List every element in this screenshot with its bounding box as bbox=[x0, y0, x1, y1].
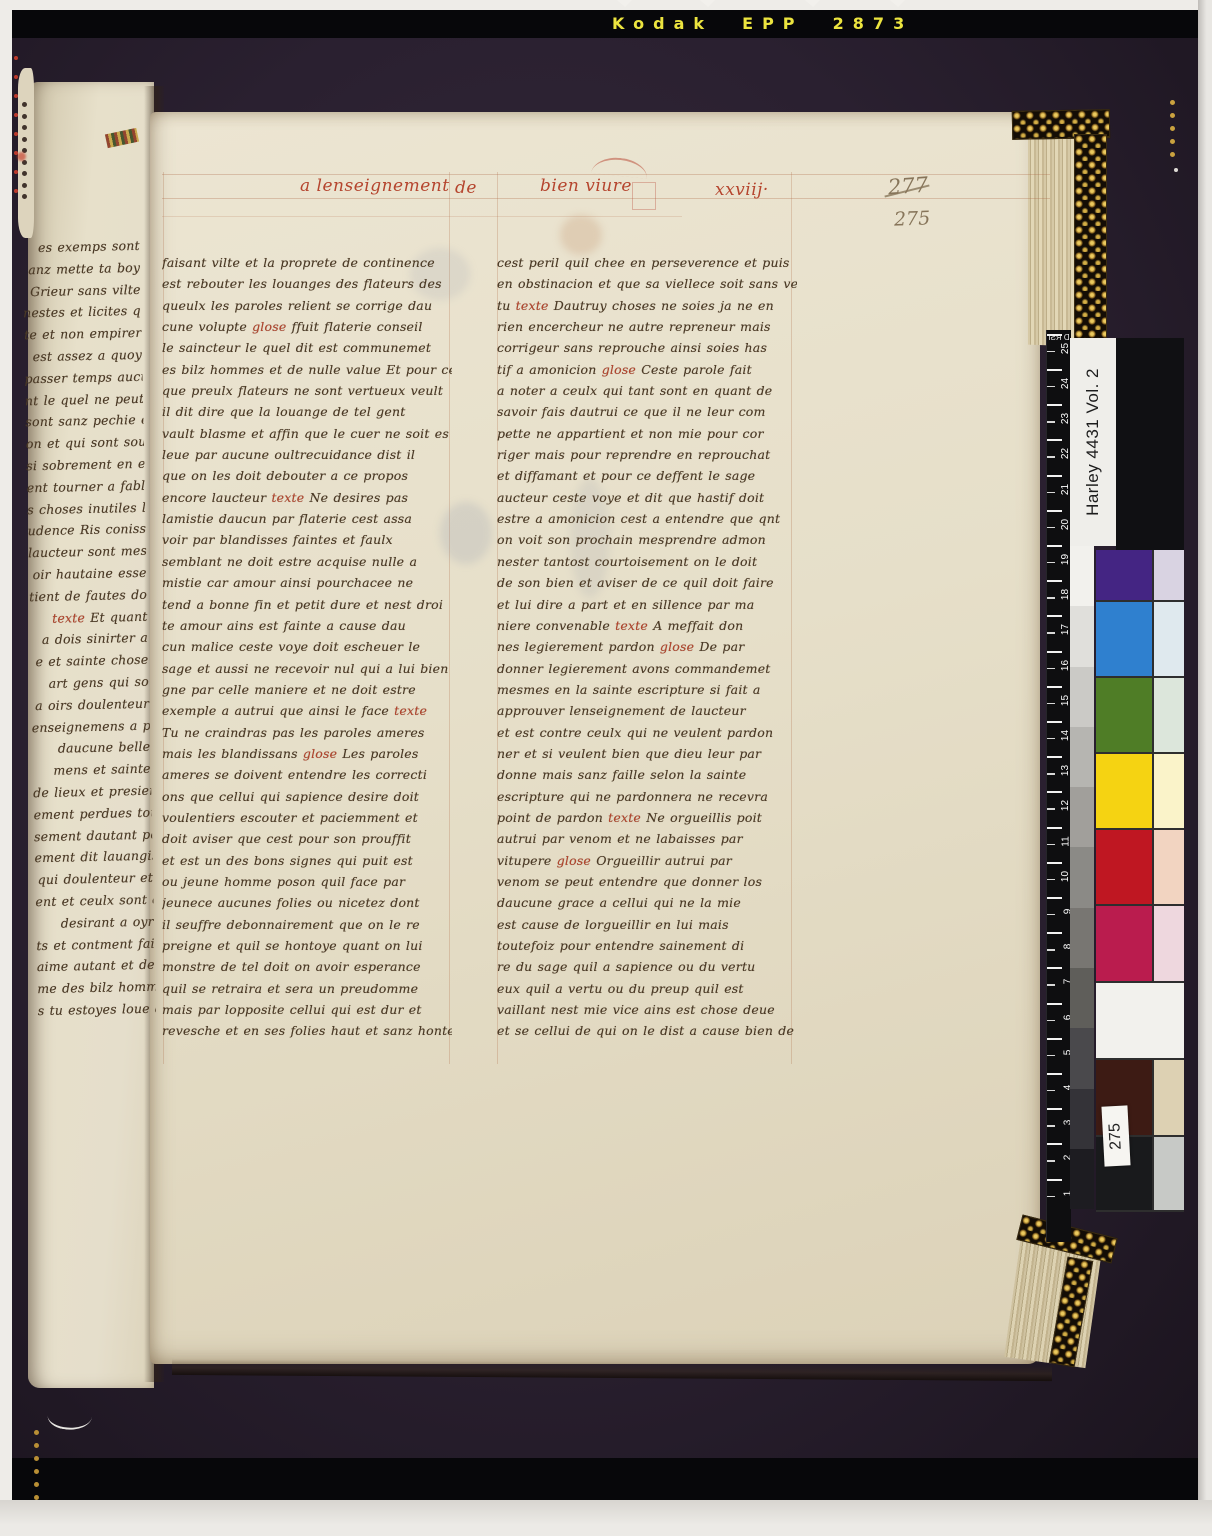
ruler-cm-mark: 15 bbox=[1047, 686, 1071, 721]
manuscript-line: sement dautant po bbox=[34, 823, 152, 847]
manuscript-line: exemple a autrui que ainsi le face texte bbox=[162, 700, 452, 721]
manuscript-line: ement dit lauangis bbox=[34, 845, 152, 869]
manuscript-line: venom se peut entendre que donner los bbox=[497, 871, 797, 892]
film-notch bbox=[612, 0, 636, 7]
rubric-keyword: glose bbox=[660, 639, 694, 654]
manuscript-line: tif a amonicion glose Ceste parole fait bbox=[497, 359, 797, 380]
rubric-keyword: texte bbox=[615, 618, 648, 633]
rubric-keyword: glose bbox=[602, 362, 636, 377]
rubric-keyword: texte bbox=[516, 298, 549, 313]
film-notch bbox=[800, 0, 824, 7]
grayscale-step bbox=[1070, 606, 1094, 666]
rubric-keyword: glose bbox=[252, 319, 286, 334]
folio-number: 275 bbox=[894, 207, 931, 230]
color-patch bbox=[1096, 754, 1152, 828]
speck bbox=[14, 56, 18, 60]
ruler-cm-mark: 14 bbox=[1047, 721, 1071, 756]
color-patch bbox=[1096, 830, 1152, 904]
manuscript-line: desirant a oyr bbox=[36, 910, 154, 934]
manuscript-line: oir hautaine esse bbox=[28, 562, 146, 586]
manuscript-line: e et sainte chose bbox=[30, 649, 148, 673]
manuscript-line: de lieux et presier bbox=[33, 780, 151, 804]
manuscript-line: tu texte Dautruy choses ne soies ja ne e… bbox=[497, 295, 797, 316]
manuscript-line: mistie car amour ainsi pourchacee ne bbox=[162, 572, 452, 593]
ruler-cm-mark: 16 bbox=[1047, 651, 1071, 686]
manuscript-line: ameres se doivent entendre les correcti bbox=[162, 764, 452, 785]
grayscale-step bbox=[1070, 847, 1094, 907]
manuscript-line: eux quil a vertu ou du preup quil est bbox=[497, 978, 797, 999]
manuscript-line: jeunece aucunes folies ou nicetez dont bbox=[162, 892, 452, 913]
manuscript-line: es bilz hommes et de nulle value Et pour… bbox=[162, 359, 452, 380]
manuscript-line: a dois sinirter a bbox=[30, 627, 148, 651]
ruler-cm-mark: 25 bbox=[1047, 334, 1071, 369]
ruler-cm-mark: 4 bbox=[1047, 1073, 1071, 1108]
manuscript-line: et est contre ceulx qui ne veulent pardo… bbox=[497, 722, 797, 743]
manuscript-line: il seuffre debonnairement que on le re bbox=[162, 914, 452, 935]
manuscript-line: ons que cellui qui sapience desire doit bbox=[162, 786, 452, 807]
manuscript-line: que on les doit debouter a ce propos bbox=[162, 465, 452, 486]
grayscale-step bbox=[1070, 667, 1094, 727]
color-patch bbox=[1096, 678, 1152, 752]
color-patch-row bbox=[1096, 906, 1184, 981]
shelfmark-label-text: Harley 4431 Vol. 2 bbox=[1083, 368, 1103, 516]
manuscript-line: mais par lopposite cellui qui est dur et bbox=[162, 999, 452, 1020]
color-patch-row bbox=[1096, 830, 1184, 904]
manuscript-line: s tu estoyes loue de bbox=[38, 998, 156, 1022]
ruler-cm-mark: 8 bbox=[1047, 932, 1071, 967]
manuscript-line: s choses inutiles le tm bbox=[27, 496, 145, 520]
speck bbox=[34, 1482, 39, 1487]
running-title-word: bien viure bbox=[540, 176, 632, 196]
speck bbox=[1170, 152, 1175, 157]
manuscript-line: de son bien et aviser de ce quil doit fa… bbox=[497, 572, 797, 593]
manuscript-line: queulx les paroles relient se corrige da… bbox=[162, 295, 452, 316]
manuscript-line: cune volupte glose ffuit flaterie consei… bbox=[162, 316, 452, 337]
color-patch-pale bbox=[1154, 678, 1184, 752]
manuscript-line: sage et aussi ne recevoir nul qui a lui … bbox=[162, 658, 452, 679]
manuscript-line: monstre de tel doit on avoir esperance bbox=[162, 956, 452, 977]
speck bbox=[34, 1469, 39, 1474]
gold-tooling-right bbox=[1074, 134, 1107, 342]
manuscript-line: on et qui sont soubeil bbox=[26, 431, 144, 455]
grayscale-step bbox=[1070, 1089, 1094, 1149]
grayscale-step bbox=[1070, 546, 1094, 606]
manuscript-line: le saincteur le quel dit est communemet bbox=[162, 337, 452, 358]
manuscript-line: et se cellui de qui on le dist a cause b… bbox=[497, 1020, 797, 1041]
manuscript-line: a noter a ceulx qui tant sont en quant d… bbox=[497, 380, 797, 401]
mount-border-bottom bbox=[0, 1500, 1212, 1536]
manuscript-line: estre a amonicion cest a entendre que qn… bbox=[497, 508, 797, 529]
film-edge-label: Kodak EPP 2873 bbox=[612, 14, 913, 33]
shelfmark-label: Harley 4431 Vol. 2 bbox=[1070, 338, 1116, 546]
manuscript-line: ner et si veulent bien que dieu leur par bbox=[497, 743, 797, 764]
manuscript-line: semblant ne doit estre acquise nulle a bbox=[162, 551, 452, 572]
manuscript-line: lamistie daucun par flaterie cest assa bbox=[162, 508, 452, 529]
manuscript-line: quil se retraira et sera un preudomme bbox=[162, 978, 452, 999]
manuscript-line: niere convenable texte A meffait don bbox=[497, 615, 797, 636]
manuscript-line: ement perdues tout bbox=[33, 801, 151, 825]
running-title-word: a lenseignement bbox=[300, 176, 450, 196]
manuscript-line: vaillant nest mie vice ains est chose de… bbox=[497, 999, 797, 1020]
manuscript-line: toutefoiz pour entendre sainement di bbox=[497, 935, 797, 956]
ruling-line bbox=[162, 198, 1050, 199]
color-calibration-strip: D RSI 1234567891011121314151617181920212… bbox=[1046, 330, 1184, 1242]
ruler-cm-mark: 2 bbox=[1047, 1143, 1071, 1178]
grayscale-step bbox=[1070, 787, 1094, 847]
manuscript-line: revesche et en ses folies haut et sanz h… bbox=[162, 1020, 452, 1041]
ruler-cm-mark: 24 bbox=[1047, 369, 1071, 404]
speck bbox=[34, 1443, 39, 1448]
speck bbox=[14, 113, 18, 117]
black-reference-patch bbox=[1116, 338, 1184, 550]
color-patch-pale bbox=[1154, 754, 1184, 828]
manuscript-line: qui doulenteur et bbox=[35, 867, 153, 891]
speck bbox=[1170, 139, 1175, 144]
color-patch bbox=[1096, 906, 1152, 981]
manuscript-line: enseignemens a po bbox=[32, 714, 150, 738]
manuscript-line: riger mais pour reprendre en reprouchat bbox=[497, 444, 797, 465]
manuscript-line: et lui dire a part et en sillence par ma bbox=[497, 594, 797, 615]
manuscript-line: doit aviser que cest pour son prouffit bbox=[162, 828, 452, 849]
parchment-stain bbox=[560, 215, 602, 255]
grayscale-step bbox=[1070, 1028, 1094, 1088]
ruler-cm-mark: 12 bbox=[1047, 791, 1071, 826]
manuscript-line: leue par aucune oultrecuidance dist il bbox=[162, 444, 452, 465]
manuscript-line: tend a bonne fin et petit dure et nest d… bbox=[162, 594, 452, 615]
manuscript-line: nes legierement pardon glose De par bbox=[497, 636, 797, 657]
manuscript-line: Grieur sans vilte bbox=[22, 278, 140, 302]
manuscript-line: es exemps sont bbox=[22, 235, 140, 259]
color-patch-row bbox=[1096, 550, 1184, 600]
manuscript-line: aucteur ceste voye et dit que hastif doi… bbox=[497, 487, 797, 508]
facing-page-text: es exemps sontanz mette ta boyGrieur san… bbox=[22, 235, 157, 1047]
manuscript-line: approuver lenseignement de laucteur bbox=[497, 700, 797, 721]
manuscript-line: te amour ains est fainte a cause dau bbox=[162, 615, 452, 636]
text-column-2: cest peril quil chee en perseverence et … bbox=[497, 252, 797, 1042]
grayscale-step bbox=[1070, 727, 1094, 787]
speck bbox=[1170, 126, 1175, 131]
rubric-keyword: texte bbox=[52, 610, 85, 626]
ruler-cm-mark: 10 bbox=[1047, 862, 1071, 897]
grayscale-step bbox=[1070, 908, 1094, 968]
manuscript-line: et diffamant et pour ce deffent le sage bbox=[497, 465, 797, 486]
manuscript-line: mens et sainte bbox=[32, 758, 150, 782]
manuscript-line: que preulx flateurs ne sont vertueux veu… bbox=[162, 380, 452, 401]
manuscript-line: autrui par venom et ne labaisses par bbox=[497, 828, 797, 849]
manuscript-line: te et non empirer bbox=[23, 322, 141, 346]
manuscript-line: rien encercheur ne autre repreneur mais bbox=[497, 316, 797, 337]
grayscale-column bbox=[1070, 546, 1094, 1209]
ruler-cm-mark: 3 bbox=[1047, 1108, 1071, 1143]
manuscript-line: me des bilz hommes bbox=[37, 976, 155, 1000]
speck bbox=[14, 189, 18, 193]
color-patch-row bbox=[1096, 602, 1184, 676]
color-patch-row bbox=[1096, 754, 1184, 828]
rubric-keyword: texte bbox=[271, 490, 304, 505]
manuscript-line: ts et contment fais bbox=[36, 932, 154, 956]
rubric-keyword: glose bbox=[557, 853, 591, 868]
speck bbox=[22, 194, 27, 199]
manuscript-line: et est un des bons signes qui puit est bbox=[162, 850, 452, 871]
manuscript-line: est rebouter les louanges des flateurs d… bbox=[162, 273, 452, 294]
manuscript-line: mais les blandissans glose Les paroles bbox=[162, 743, 452, 764]
speck bbox=[1174, 168, 1178, 172]
manuscript-line: il dit dire que la louange de tel gent bbox=[162, 401, 452, 422]
manuscript-line: a oirs doulenteur bbox=[31, 692, 149, 716]
speck bbox=[22, 183, 27, 188]
manuscript-line: art gens qui so bbox=[31, 671, 149, 695]
manuscript-line: donner legierement avons commandemet bbox=[497, 658, 797, 679]
speck bbox=[22, 171, 27, 176]
rubric-keyword: texte bbox=[608, 810, 641, 825]
rubric-keyword: texte bbox=[394, 703, 427, 718]
color-patch-pale bbox=[1154, 906, 1184, 981]
manuscript-line: Tu ne craindras pas les paroles ameres bbox=[162, 722, 452, 743]
color-patch bbox=[1096, 550, 1152, 600]
ruler-cm-mark: 22 bbox=[1047, 439, 1071, 474]
film-notch bbox=[885, 0, 909, 7]
ruler-cm-mark: 7 bbox=[1047, 967, 1071, 1002]
speck bbox=[22, 102, 27, 107]
speck bbox=[22, 114, 27, 119]
manuscript-line: re du sage quil a sapience ou du vertu bbox=[497, 956, 797, 977]
grayscale-step bbox=[1070, 968, 1094, 1028]
color-patch bbox=[1096, 602, 1152, 676]
ruler-cm-mark: 23 bbox=[1047, 404, 1071, 439]
manuscript-line: nt le quel ne peut on bbox=[25, 387, 143, 411]
manuscript-line: passer temps aucun bbox=[24, 366, 142, 390]
ruler-cm-mark: 5 bbox=[1047, 1038, 1071, 1073]
running-title-word: de bbox=[455, 178, 477, 198]
folio-sticker-text: 275 bbox=[1106, 1122, 1125, 1150]
speck bbox=[1170, 113, 1175, 118]
manuscript-line: cun malice ceste voye doit escheuer le bbox=[162, 636, 452, 657]
color-patch-pale bbox=[1154, 550, 1184, 600]
speck bbox=[34, 1430, 39, 1435]
mount-border-right bbox=[1198, 0, 1212, 1536]
speck bbox=[22, 125, 27, 130]
manuscript-line: mesmes en la sainte escripture si fait a bbox=[497, 679, 797, 700]
ruler-cm-mark: 17 bbox=[1047, 615, 1071, 650]
manuscript-line: pette ne appartient et non mie pour cor bbox=[497, 423, 797, 444]
text-column-1: faisant vilte et la proprete de continen… bbox=[162, 252, 452, 1042]
manuscript-line: savoir fais dautrui ce que il ne leur co… bbox=[497, 401, 797, 422]
manuscript-line: donne mais sanz faille selon la sainte bbox=[497, 764, 797, 785]
speck bbox=[14, 132, 18, 136]
manuscript-line: gne par celle maniere et ne doit estre bbox=[162, 679, 452, 700]
manuscript-line: laucteur sont meskur bbox=[28, 540, 146, 564]
manuscript-line: voir par blandisses faintes et faulx bbox=[162, 529, 452, 550]
manuscript-line: vault blasme et affin que le cuer ne soi… bbox=[162, 423, 452, 444]
manuscript-line: vitupere glose Orgueillir autrui par bbox=[497, 850, 797, 871]
manuscript-line: tient de fautes do bbox=[29, 584, 147, 608]
color-patch-pale bbox=[1154, 830, 1184, 904]
manuscript-line: en obstinacion et que sa viellece soit s… bbox=[497, 273, 797, 294]
manuscript-line: sont sanz pechie et si bbox=[25, 409, 143, 433]
manuscript-photo: Kodak EPP 2873 a lenseignement bbox=[0, 0, 1212, 1536]
ruler-cm-mark: 20 bbox=[1047, 510, 1071, 545]
ruler-cm-mark: 13 bbox=[1047, 756, 1071, 791]
folio-sticker: 275 bbox=[1101, 1105, 1130, 1166]
ruler: D RSI 1234567891011121314151617181920212… bbox=[1046, 330, 1071, 1242]
manuscript-line: escripture qui ne pardonnera ne recevra bbox=[497, 786, 797, 807]
color-patch-pale bbox=[1154, 1137, 1184, 1210]
film-notch bbox=[695, 0, 719, 7]
color-patch-pale bbox=[1154, 1060, 1184, 1135]
ruler-cm-mark: 1 bbox=[1047, 1179, 1071, 1214]
manuscript-line: si sobrement en ensi bbox=[26, 453, 144, 477]
speck bbox=[17, 152, 26, 161]
ruling-line bbox=[162, 216, 682, 217]
ruler-cm-mark: 6 bbox=[1047, 1003, 1071, 1038]
manuscript-line: nester tantost courtoisement on le doit bbox=[497, 551, 797, 572]
manuscript-line: corrigeur sans reprouche ainsi soies has bbox=[497, 337, 797, 358]
manuscript-line: preigne et quil se hontoye quant on lui bbox=[162, 935, 452, 956]
ruler-cm-mark: 19 bbox=[1047, 545, 1071, 580]
ruler-cm-mark: 11 bbox=[1047, 827, 1071, 862]
speck bbox=[14, 94, 18, 98]
manuscript-line: est assez a quoy bbox=[24, 344, 142, 368]
manuscript-line: daucune belle bbox=[32, 736, 150, 760]
manuscript-line: aime autant et de bbox=[37, 954, 155, 978]
rubric-keyword: glose bbox=[303, 746, 337, 761]
ruler-cm-mark: 9 bbox=[1047, 897, 1071, 932]
speck bbox=[1170, 100, 1175, 105]
manuscript-line: ent et ceulx sont de bbox=[35, 889, 153, 913]
manuscript-line: texte Et quant bbox=[29, 605, 147, 629]
ruler-cm-mark: 21 bbox=[1047, 475, 1071, 510]
speck bbox=[22, 137, 27, 142]
manuscript-line: anz mette ta boy bbox=[22, 257, 140, 281]
color-patch-pale bbox=[1154, 602, 1184, 676]
manuscript-line: encore laucteur texte Ne desires pas bbox=[162, 487, 452, 508]
speck bbox=[14, 170, 18, 174]
color-patch-row bbox=[1096, 678, 1184, 752]
manuscript-line: ou jeune homme poson quil face par bbox=[162, 871, 452, 892]
manuscript-line: faisant vilte et la proprete de continen… bbox=[162, 252, 452, 273]
manuscript-line: est cause de lorgueillir en lui mais bbox=[497, 914, 797, 935]
manuscript-line: nestes et licites qu bbox=[23, 300, 141, 324]
manuscript-line: voulentiers escouter et paciemment et bbox=[162, 807, 452, 828]
color-patch bbox=[1096, 983, 1184, 1058]
speck bbox=[34, 1456, 39, 1461]
manuscript-line: daucune grace a cellui qui ne la mie bbox=[497, 892, 797, 913]
speck bbox=[14, 75, 18, 79]
grayscale-step bbox=[1070, 1149, 1094, 1209]
photo-frame: Kodak EPP 2873 a lenseignement bbox=[12, 10, 1198, 1500]
manuscript-line: udence Ris conisse bbox=[27, 518, 145, 542]
manuscript-line: cest peril quil chee en perseverence et … bbox=[497, 252, 797, 273]
manuscript-line: point de pardon texte Ne orgueillis poit bbox=[497, 807, 797, 828]
red-erasure-box bbox=[632, 182, 656, 210]
color-patch-row bbox=[1096, 983, 1184, 1058]
running-title-word: xxviij· bbox=[715, 180, 769, 200]
manuscript-line: ent tourner a fable bbox=[27, 475, 145, 499]
manuscript-line: on voit son prochain mesprendre admon bbox=[497, 529, 797, 550]
ruler-cm-mark: 18 bbox=[1047, 580, 1071, 615]
